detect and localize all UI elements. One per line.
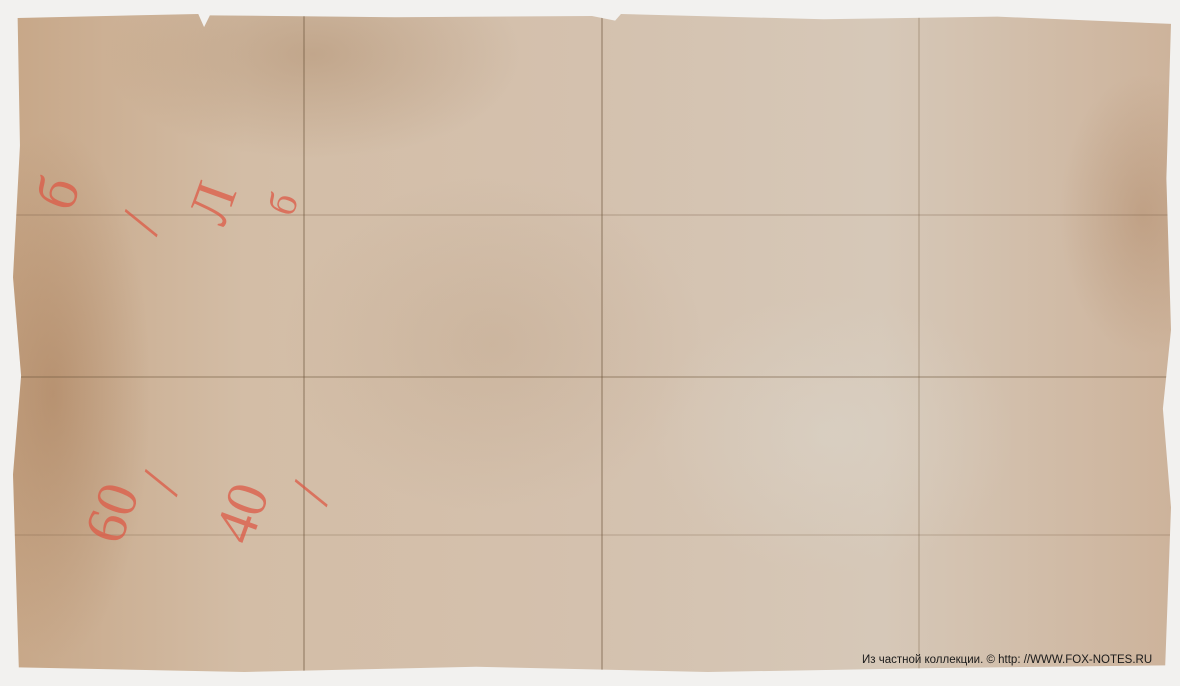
banknote-reverse: б / Л б 60 / 40 /	[13, 14, 1171, 672]
handwritten-mark: Л	[179, 175, 247, 232]
handwritten-mark: 60	[75, 476, 149, 550]
handwritten-mark: 40	[205, 476, 279, 550]
handwritten-mark: б	[261, 188, 306, 221]
handwritten-mark: /	[281, 476, 341, 511]
collection-watermark: Из частной коллекции. © http: //WWW.FOX-…	[862, 654, 1152, 666]
handwritten-red-marks: б / Л б 60 / 40 /	[43, 164, 363, 614]
handwritten-mark: б	[25, 169, 90, 217]
fold-line-vertical	[918, 14, 920, 672]
center-fold-line	[601, 14, 603, 672]
handwritten-mark: /	[111, 206, 171, 241]
